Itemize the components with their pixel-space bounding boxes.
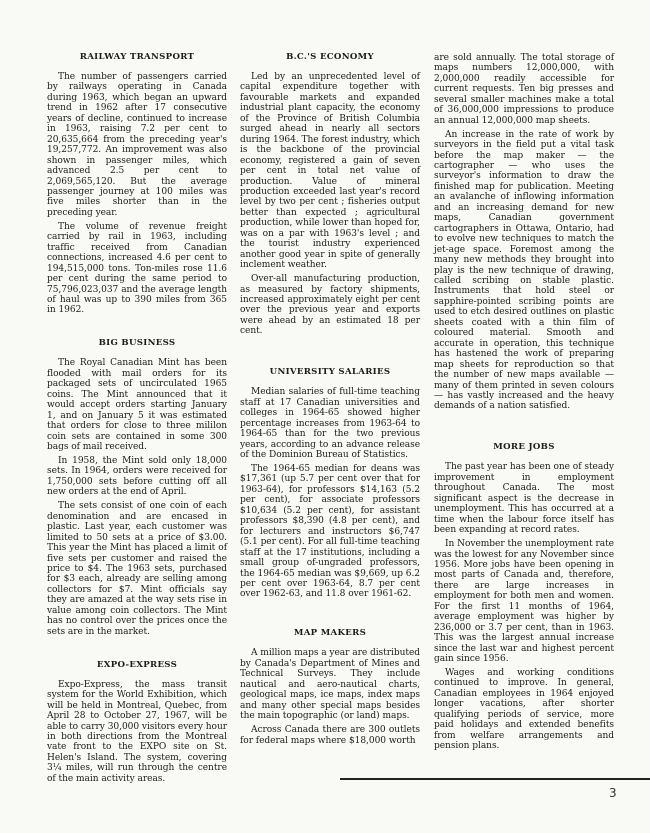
- heading-map-makers: MAP MAKERS: [240, 628, 420, 639]
- paragraph: The sets consist of one coin of each den…: [47, 501, 227, 637]
- paragraph: Over-all manufacturing production, as me…: [240, 274, 420, 337]
- paragraph: are sold annually. The total storage of …: [434, 53, 614, 126]
- paragraph: Led by an unprecedented level of capital…: [240, 72, 420, 271]
- heading-university-salaries: UNIVERSITY SALARIES: [240, 367, 420, 378]
- paragraph: Wages and working conditions continued t…: [434, 668, 614, 752]
- paragraph: The past year has been one of steady imp…: [434, 462, 614, 535]
- column-3: are sold annually. The total storage of …: [434, 53, 614, 755]
- paragraph: In 1958, the Mint sold only 18,000 sets.…: [47, 456, 227, 498]
- article-big-business: BIG BUSINESS The Royal Canadian Mint has…: [47, 338, 227, 637]
- heading-expo-express: EXPO-EXPRESS: [47, 660, 227, 671]
- paragraph: In November the unemployment rate was th…: [434, 539, 614, 664]
- heading-railway-transport: RAILWAY TRANSPORT: [47, 52, 227, 63]
- article-railway-transport: RAILWAY TRANSPORT The number of passenge…: [47, 52, 227, 316]
- paragraph: The volume of revenue freight carried by…: [47, 222, 227, 316]
- paragraph: The number of passengers carried by rail…: [47, 72, 227, 218]
- article-university-salaries: UNIVERSITY SALARIES Median salaries of f…: [240, 367, 420, 600]
- paragraph: An increase in the rate of work by surve…: [434, 130, 614, 412]
- paragraph: Across Canada there are 300 outlets for …: [240, 725, 420, 746]
- heading-big-business: BIG BUSINESS: [47, 338, 227, 349]
- article-more-jobs: MORE JOBS The past year has been one of …: [434, 442, 614, 751]
- paragraph: Expo-Express, the mass transit system fo…: [47, 680, 227, 785]
- heading-bc-economy: B.C.'S ECONOMY: [240, 52, 420, 63]
- paragraph: The Royal Canadian Mint has been flooded…: [47, 358, 227, 452]
- paragraph: A million maps a year are distributed by…: [240, 648, 420, 721]
- article-expo-express: EXPO-EXPRESS Expo-Express, the mass tran…: [47, 660, 227, 785]
- footer-rule: [340, 778, 650, 780]
- paragraph: Median salaries of full-time teaching st…: [240, 387, 420, 460]
- page-number: 3: [609, 786, 617, 800]
- paragraph: The 1964-65 median for deans was $17,361…: [240, 464, 420, 600]
- heading-more-jobs: MORE JOBS: [434, 442, 614, 453]
- article-map-makers-continued: are sold annually. The total storage of …: [434, 53, 614, 412]
- article-map-makers: MAP MAKERS A million maps a year are dis…: [240, 628, 420, 746]
- article-bc-economy: B.C.'S ECONOMY Led by an unprecedented l…: [240, 52, 420, 337]
- column-2: B.C.'S ECONOMY Led by an unprecedented l…: [240, 52, 420, 749]
- column-1: RAILWAY TRANSPORT The number of passenge…: [47, 52, 227, 788]
